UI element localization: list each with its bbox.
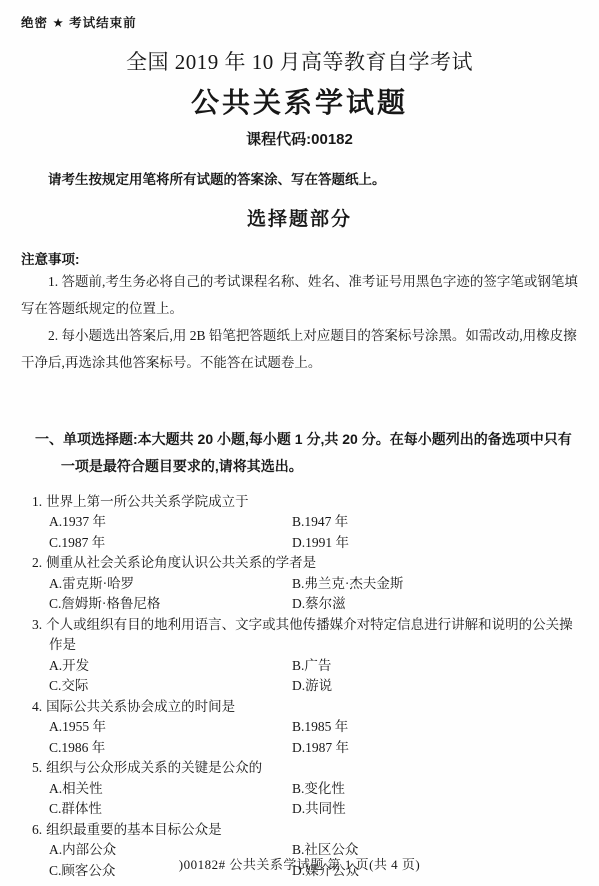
question-text: 个人或组织有目的地利用语言、文字或其他传播媒介对特定信息进行讲解和说明的公关操作…	[46, 617, 573, 653]
option-row: A.1955 年 B.1985 年	[49, 717, 578, 738]
paper-title: 公共关系学试题	[21, 81, 578, 121]
option-a: A.1937 年	[49, 512, 292, 533]
option-row: C.1987 年 D.1991 年	[49, 533, 578, 554]
option-row: A.1937 年 B.1947 年	[49, 512, 578, 533]
question-title: 1.世界上第一所公共关系学院成立于	[49, 492, 578, 513]
course-code: 课程代码:00182	[21, 128, 578, 149]
option-d: D.1987 年	[292, 738, 578, 759]
option-d: D.1991 年	[292, 533, 578, 554]
exam-paper-page: 绝密 ★ 考试结束前 全国 2019 年 10 月高等教育自学考试 公共关系学试…	[0, 0, 599, 886]
option-b: B.1947 年	[292, 512, 578, 533]
option-c: C.詹姆斯·格鲁尼格	[49, 594, 292, 615]
answer-sheet-instruction: 请考生按规定用笔将所有试题的答案涂、写在答题纸上。	[21, 169, 578, 191]
option-b: B.1985 年	[292, 717, 578, 738]
option-b: B.弗兰克·杰夫金斯	[292, 574, 578, 595]
option-a: A.雷克斯·哈罗	[49, 574, 292, 595]
option-d: D.游说	[292, 676, 578, 697]
question-number: 2.	[32, 555, 42, 570]
part-title: 选择题部分	[21, 204, 578, 231]
option-c: C.交际	[49, 676, 292, 697]
option-row: A.雷克斯·哈罗 B.弗兰克·杰夫金斯	[49, 574, 578, 595]
notice-item: 1. 答题前,考生务必将自己的考试课程名称、姓名、准考证号用黑色字迹的签字笔或钢…	[21, 268, 578, 322]
option-a: A.开发	[49, 656, 292, 677]
question-3: 3.个人或组织有目的地利用语言、文字或其他传播媒介对特定信息进行讲解和说明的公关…	[32, 615, 578, 697]
option-a: A.相关性	[49, 779, 292, 800]
question-text: 组织与公众形成关系的关键是公众的	[46, 760, 262, 775]
option-c: C.群体性	[49, 799, 292, 820]
option-row: C.群体性 D.共同性	[49, 799, 578, 820]
notice-label: 注意事项:	[21, 248, 578, 268]
option-d: D.蔡尔滋	[292, 594, 578, 615]
option-b: B.广告	[292, 656, 578, 677]
question-title: 2.侧重从社会关系论角度认识公共关系的学者是	[49, 553, 578, 574]
question-title: 5.组织与公众形成关系的关键是公众的	[49, 758, 578, 779]
question-5: 5.组织与公众形成关系的关键是公众的 A.相关性 B.变化性 C.群体性 D.共…	[32, 758, 578, 820]
option-row: C.1986 年 D.1987 年	[49, 738, 578, 759]
question-1: 1.世界上第一所公共关系学院成立于 A.1937 年 B.1947 年 C.19…	[32, 492, 578, 554]
question-number: 4.	[32, 699, 42, 714]
question-text: 世界上第一所公共关系学院成立于	[46, 494, 249, 509]
question-number: 3.	[32, 617, 42, 632]
option-row: C.詹姆斯·格鲁尼格 D.蔡尔滋	[49, 594, 578, 615]
option-a: A.1955 年	[49, 717, 292, 738]
question-text: 国际公共关系协会成立的时间是	[46, 699, 235, 714]
question-text: 组织最重要的基本目标公众是	[46, 822, 222, 837]
question-2: 2.侧重从社会关系论角度认识公共关系的学者是 A.雷克斯·哈罗 B.弗兰克·杰夫…	[32, 553, 578, 615]
option-b: B.变化性	[292, 779, 578, 800]
option-d: D.共同性	[292, 799, 578, 820]
exam-title: 全国 2019 年 10 月高等教育自学考试	[21, 46, 578, 76]
question-4: 4.国际公共关系协会成立的时间是 A.1955 年 B.1985 年 C.198…	[32, 697, 578, 759]
question-title: 6.组织最重要的基本目标公众是	[49, 820, 578, 841]
question-number: 1.	[32, 494, 42, 509]
question-text: 侧重从社会关系论角度认识公共关系的学者是	[46, 555, 316, 570]
option-row: C.交际 D.游说	[49, 676, 578, 697]
question-number: 5.	[32, 760, 42, 775]
option-row: A.相关性 B.变化性	[49, 779, 578, 800]
question-number: 6.	[32, 822, 42, 837]
option-row: A.开发 B.广告	[49, 656, 578, 677]
option-c: C.1986 年	[49, 738, 292, 759]
section-heading: 一、单项选择题:本大题共 20 小题,每小题 1 分,共 20 分。在每小题列出…	[35, 426, 578, 480]
question-title: 4.国际公共关系协会成立的时间是	[49, 697, 578, 718]
notice-item: 2. 每小题选出答案后,用 2B 铅笔把答题纸上对应题目的答案标号涂黑。如需改动…	[21, 322, 578, 376]
question-list: 1.世界上第一所公共关系学院成立于 A.1937 年 B.1947 年 C.19…	[32, 492, 578, 882]
page-footer: )00182# 公共关系学试题 第 1 页(共 4 页)	[0, 854, 599, 873]
question-title: 3.个人或组织有目的地利用语言、文字或其他传播媒介对特定信息进行讲解和说明的公关…	[49, 615, 578, 656]
classification-banner: 绝密 ★ 考试结束前	[21, 13, 578, 31]
option-c: C.1987 年	[49, 533, 292, 554]
